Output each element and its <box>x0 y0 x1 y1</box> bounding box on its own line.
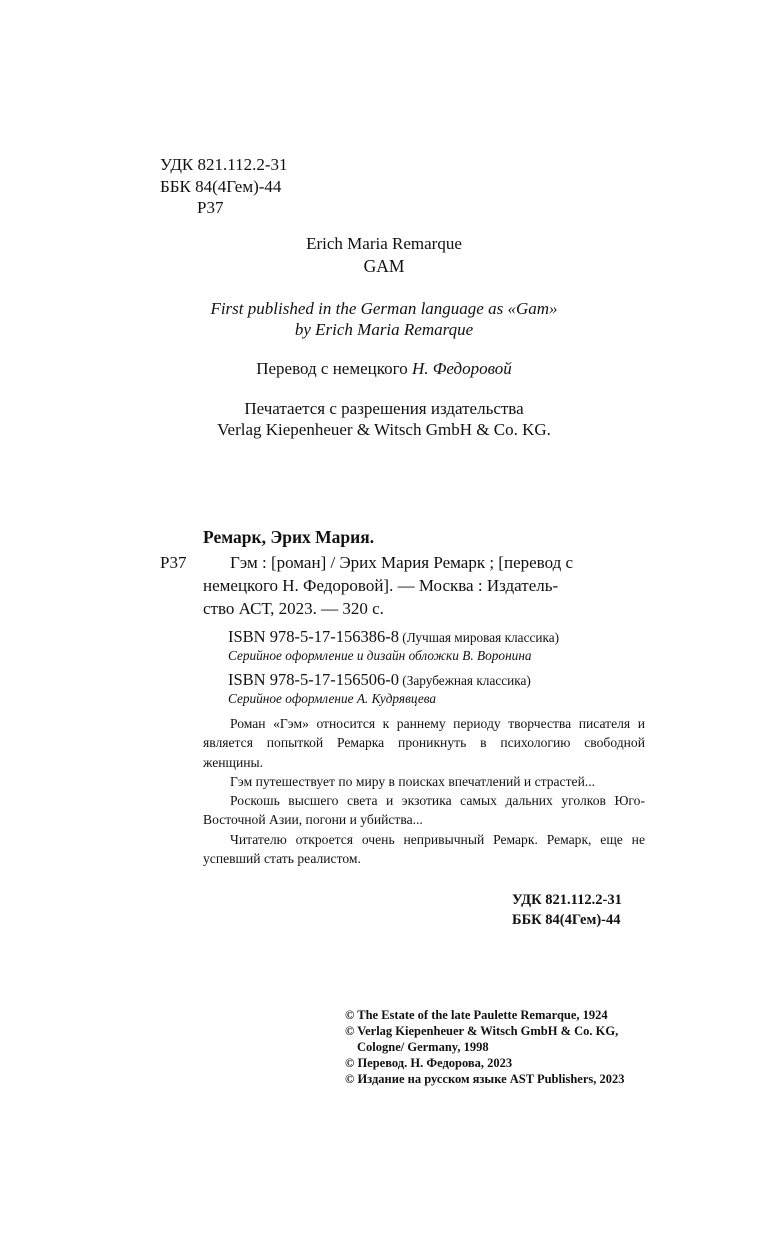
catalog-description-line3: ство АСТ, 2023. — 320 с. <box>203 598 384 620</box>
bbk-code-top: ББК 84(4Гем)-44 <box>160 176 281 198</box>
isbn-number: ISBN 978-5-17-156386-8 <box>228 627 399 646</box>
copyright-line: © Перевод. Н. Федорова, 2023 <box>345 1055 512 1071</box>
translation-credit: Перевод с немецкого Н. Федоровой <box>0 358 768 380</box>
isbn-series: (Зарубежная классика) <box>399 673 531 688</box>
copyright-line: Cologne/ Germany, 1998 <box>357 1039 489 1055</box>
author-mark-top: Р37 <box>197 197 223 219</box>
first-published-line1: First published in the German language a… <box>0 298 768 320</box>
original-title: GAM <box>0 255 768 277</box>
annotation-paragraph: Читателю откроется очень непривычный Рем… <box>203 830 645 869</box>
udk-code-bottom: УДК 821.112.2-31 <box>512 890 622 910</box>
translation-prefix: Перевод с немецкого <box>256 359 412 378</box>
annotation-paragraph: Роман «Гэм» относится к раннему периоду … <box>203 714 645 772</box>
annotation-paragraph: Роскошь высшего света и экзотика самых д… <box>203 791 645 830</box>
catalog-description-line2: немецкого Н. Федоровой]. — Москва : Изда… <box>203 575 558 597</box>
isbn-entry: ISBN 978-5-17-156506-0 (Зарубежная класс… <box>228 670 531 690</box>
first-published-line2: by Erich Maria Remarque <box>0 319 768 341</box>
isbn-series: (Лучшая мировая классика) <box>399 630 559 645</box>
annotation-paragraph: Гэм путешествует по миру в поисках впеча… <box>203 772 645 791</box>
bbk-code-bottom: ББК 84(4Гем)-44 <box>512 910 620 930</box>
catalog-heading: Ремарк, Эрих Мария. <box>203 526 374 548</box>
original-author: Erich Maria Remarque <box>0 233 768 255</box>
annotation: Роман «Гэм» относится к раннему периоду … <box>203 714 645 868</box>
copyright-line: © The Estate of the late Paulette Remarq… <box>345 1007 608 1023</box>
catalog-description-line1: Гэм : [роман] / Эрих Мария Ремарк ; [пер… <box>230 552 573 574</box>
isbn-number: ISBN 978-5-17-156506-0 <box>228 670 399 689</box>
isbn-design-credit: Серийное оформление и дизайн обложки В. … <box>228 646 532 665</box>
copyright-line: © Verlag Kiepenheuer & Witsch GmbH & Co.… <box>345 1023 618 1039</box>
catalog-author-mark: Р37 <box>160 552 186 574</box>
permission-line2: Verlag Kiepenheuer & Witsch GmbH & Co. K… <box>0 419 768 441</box>
isbn-entry: ISBN 978-5-17-156386-8 (Лучшая мировая к… <box>228 627 559 647</box>
copyright-line: © Издание на русском языке AST Publisher… <box>345 1071 625 1087</box>
permission-line1: Печатается с разрешения издательства <box>0 398 768 420</box>
isbn-design-credit: Серийное оформление А. Кудрявцева <box>228 689 436 708</box>
udk-code-top: УДК 821.112.2-31 <box>160 154 288 176</box>
translator-name: Н. Федоровой <box>412 359 512 378</box>
